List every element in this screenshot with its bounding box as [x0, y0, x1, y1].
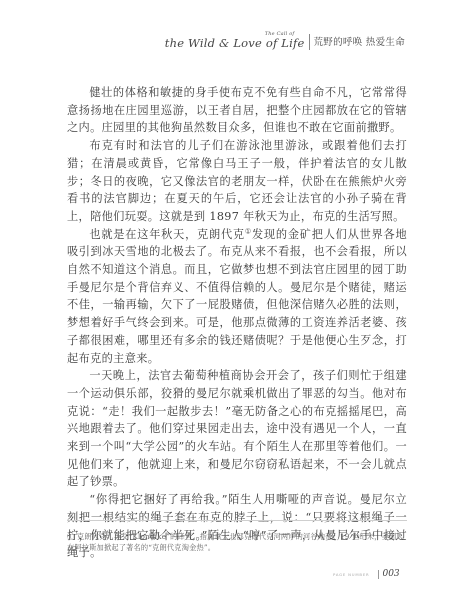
page-number-label: PAGE NUMBER	[333, 572, 369, 577]
header-title-chinese: 荒野的呼唤 热爱生命	[313, 36, 405, 50]
footnote: ① 克朗代克：英文“Klondike”的译音，指加拿大北部克朗代克河两岸的河谷地…	[67, 532, 407, 553]
body-text: 健壮的体格和敏捷的身手使布克不免有些自命不凡，它常常得意扬扬地在庄园里巡游，以王…	[67, 84, 407, 562]
paragraph-text: 也就是在这年秋天，克朗代克	[89, 228, 244, 241]
running-header: The Call of the Wild & Love of Life 荒野的呼…	[165, 30, 405, 50]
paragraph: 健壮的体格和敏捷的身手使布克不免有些自命不凡，它常常得意扬扬地在庄园里巡游，以王…	[67, 84, 407, 137]
paragraph: 布克有时和法官的儿子们在游泳池里游泳，或跟着他们去打猎；在清晨或黄昏，它常像白马…	[67, 137, 407, 226]
paragraph: 也就是在这年秋天，克朗代克①发现的金矿把人们从世界各地吸引到冰天雪地的北极去了。…	[67, 226, 407, 368]
header-divider	[309, 34, 310, 50]
paragraph-text: 发现的金矿把人们从世界各地吸引到冰天雪地的北极去了。布克从来不看报，也不会看报，…	[67, 228, 407, 365]
footer-divider	[378, 570, 379, 579]
page-footer: PAGE NUMBER 003	[333, 569, 400, 579]
footnote-separator	[67, 520, 407, 521]
paragraph: 一天晚上，法官去葡萄种植商协会开会了，孩子们则忙于组建一个运动俱乐部，狡猾的曼尼…	[67, 367, 407, 491]
footnote-marker[interactable]: ①	[245, 227, 252, 235]
header-title-english-small: The Call of	[265, 27, 295, 41]
page-number: 003	[382, 569, 399, 579]
header-title-english: The Call of the Wild & Love of Life	[165, 36, 309, 50]
